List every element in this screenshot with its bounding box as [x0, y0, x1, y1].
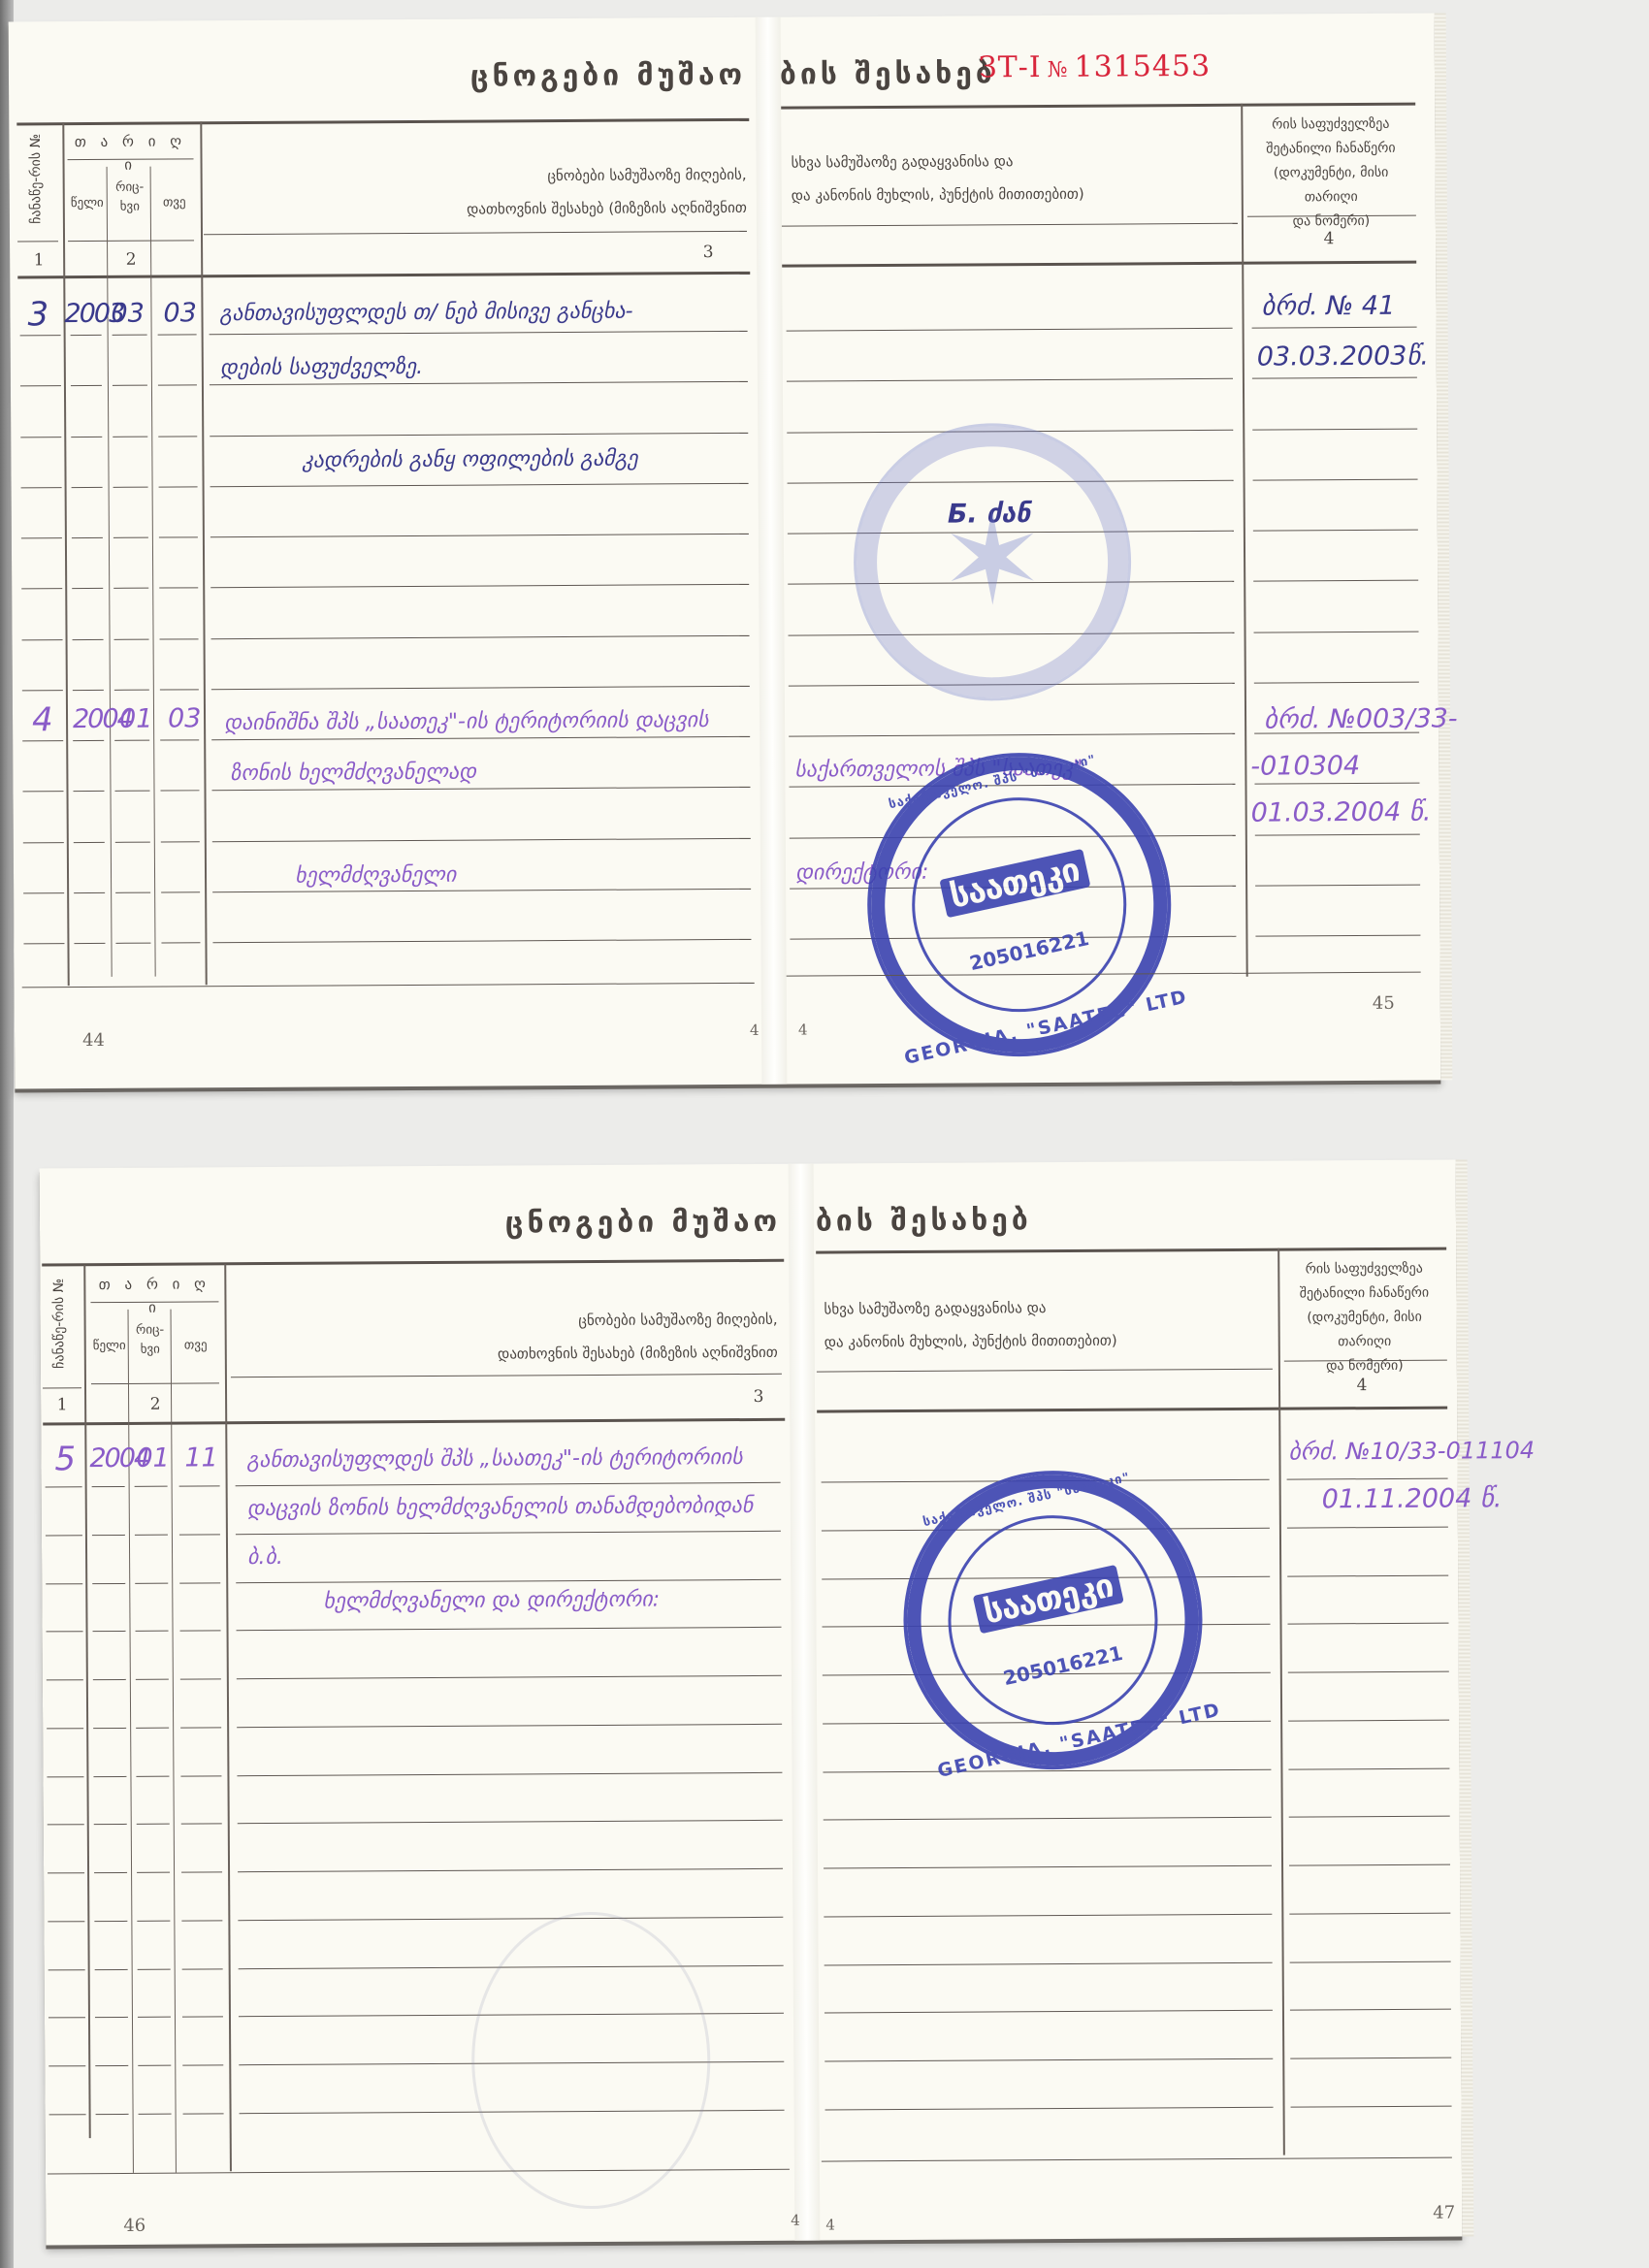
- record-5-month: 11: [184, 1442, 218, 1473]
- record-4-doc-line1: ბრძ. №003/33-: [1264, 703, 1458, 734]
- column-divider: [224, 1264, 232, 2171]
- ruled-line: [1253, 478, 1418, 480]
- table-top-rule-right: [781, 103, 1415, 110]
- ruled-line: [114, 638, 149, 639]
- footer-mark-left: 4: [791, 2212, 800, 2229]
- ruled-line: [236, 1531, 781, 1535]
- month-header: თვე: [173, 1334, 219, 1357]
- column-number-2: 2: [68, 249, 194, 270]
- ruled-line: [212, 837, 751, 841]
- ruled-line: [161, 841, 200, 842]
- ruled-line: [160, 739, 199, 740]
- ruled-line: [1254, 681, 1419, 683]
- rule: [204, 231, 747, 235]
- ruled-line: [824, 2010, 1273, 2014]
- ruled-line: [135, 1534, 168, 1535]
- ruled-line: [95, 2065, 128, 2066]
- ruled-line: [113, 486, 148, 487]
- serial-prefix: ЗТ-I: [979, 50, 1042, 84]
- ruled-line: [47, 1679, 83, 1680]
- ruled-line: [161, 942, 200, 943]
- ruled-line: [46, 1486, 82, 1487]
- ruled-line: [237, 1724, 782, 1728]
- col4-header-line: (დოკუმენტი, მისი თარიღი: [1246, 161, 1416, 211]
- ruled-line: [115, 943, 150, 944]
- rule: [817, 1369, 1273, 1373]
- ruled-line: [1288, 1767, 1449, 1769]
- ruled-line: [1289, 1816, 1450, 1818]
- ruled-line: [824, 2058, 1273, 2062]
- ruled-line: [114, 791, 149, 792]
- column-number-4: 4: [1309, 229, 1348, 248]
- ruled-line: [136, 1775, 169, 1776]
- ruled-line: [73, 638, 104, 639]
- ruled-line: [1254, 783, 1419, 785]
- day-header: რიც-ხვი: [109, 178, 151, 217]
- ruled-line: [237, 1627, 782, 1631]
- ruled-line: [22, 791, 63, 792]
- ruled-line: [92, 1486, 125, 1487]
- record-3-day: 03: [111, 299, 145, 329]
- ruled-line: [1290, 1960, 1451, 1962]
- ruled-line: [113, 436, 147, 437]
- ruled-line: [95, 1968, 128, 1969]
- ruled-line: [182, 2064, 223, 2065]
- ruled-line: [160, 689, 199, 690]
- ruled-line: [1287, 1526, 1448, 1528]
- ruled-line: [47, 1776, 83, 1777]
- month-header: თვე: [153, 191, 196, 214]
- record-4-doc-line3: 01.03.2004 წ.: [1251, 797, 1432, 828]
- column-number-3: 3: [689, 243, 727, 262]
- ruled-line: [115, 891, 150, 892]
- ruled-line: [210, 483, 749, 487]
- record-3-text-line1: განთავისუფლდეს თ/ ნებ მისივე განცხა-: [219, 300, 632, 327]
- record-3-doc-line1: ბრძ. № 41: [1261, 291, 1395, 322]
- ruled-line: [113, 537, 148, 538]
- ruled-line: [237, 1771, 782, 1775]
- ruled-line: [21, 537, 62, 538]
- record-5-text-line2: დაცვის ზონის ხელმძღვანელის თანამდებობიდა…: [247, 1494, 754, 1521]
- ruled-line: [180, 1775, 221, 1776]
- col3-header-left-2: დათხოვნის შესახებ (მიზეზის აღნიშვნით: [209, 196, 747, 222]
- ruled-line: [1287, 1574, 1448, 1576]
- ruled-line: [136, 1679, 169, 1680]
- header-bottom-rule-right: [817, 1407, 1447, 1413]
- ruled-line: [825, 2106, 1274, 2110]
- col4-header-line: რის საფუძველზეა: [1245, 113, 1415, 138]
- page-title-left: ცნოგები მუშაო: [505, 1205, 781, 1241]
- ruled-line: [161, 891, 200, 892]
- ruled-line: [158, 334, 197, 335]
- ruled-line: [113, 385, 147, 386]
- ruled-line: [94, 1921, 127, 1922]
- record-4-signature-label: ხელმძღვანელი: [295, 863, 456, 889]
- ruled-line: [74, 943, 105, 944]
- footer-mark-left: 4: [750, 1021, 760, 1039]
- col3-header-left-2: დათხოვნის შესახებ (მიზეზის აღნიშვნით: [235, 1341, 778, 1367]
- ruled-line: [236, 1578, 781, 1582]
- stamp-inner-ring: [928, 1495, 1178, 1744]
- ruled-line: [138, 2065, 171, 2066]
- ruled-line: [1290, 2057, 1451, 2059]
- ruled-line: [1289, 1864, 1450, 1866]
- record-3-text-line2: დების საფუძველზე.: [220, 355, 423, 380]
- ruled-line: [74, 892, 105, 893]
- ruled-line: [236, 1482, 781, 1486]
- ruled-line: [72, 487, 103, 488]
- ruled-line: [160, 791, 199, 792]
- day-header: რიც-ხვი: [130, 1321, 171, 1360]
- record-4-number: 4: [32, 700, 53, 739]
- ruled-line: [94, 1824, 127, 1825]
- ruled-line: [92, 1535, 125, 1536]
- ruled-line: [824, 1817, 1272, 1821]
- ruled-line: [113, 335, 147, 336]
- table-bottom-rule-left: [22, 983, 755, 988]
- ruled-lines: [9, 14, 1435, 22]
- ruled-line: [48, 1921, 84, 1922]
- ruled-line: [137, 1824, 170, 1825]
- page-number-right: 45: [1373, 993, 1395, 1014]
- ruled-line: [96, 2114, 129, 2115]
- table-top-rule-left: [42, 1259, 784, 1267]
- ruled-line: [71, 436, 102, 437]
- ruled-line: [114, 689, 149, 690]
- star-emblem-icon: ✶: [939, 496, 1046, 623]
- ruled-line: [22, 740, 63, 741]
- book-gutter: [789, 1164, 821, 2241]
- ruled-line: [237, 1675, 782, 1679]
- book-gutter: [756, 17, 788, 1085]
- page-title-left: ცნოგები მუშაო: [470, 58, 746, 94]
- page-number-right: 47: [1433, 2203, 1455, 2223]
- ruled-line: [1253, 580, 1418, 582]
- ruled-line: [93, 1728, 126, 1729]
- ruled-line: [179, 1485, 220, 1486]
- spread-pages-44-45: ცნოგები მუშაო ბის შესახებ ЗТ-I№1315453 ჩ…: [9, 14, 1441, 1089]
- ruled-line: [136, 1727, 169, 1728]
- ruled-line: [210, 331, 748, 335]
- record-5-text-line3: ბ.ბ.: [247, 1545, 283, 1570]
- column-divider: [83, 1265, 90, 2138]
- ruled-line: [1289, 1912, 1450, 1914]
- ruled-line: [210, 534, 749, 537]
- page-title-right: ბის შესახებ: [780, 56, 996, 91]
- col3-header-right-1: სხვა სამუშაოზე გადაყვანისა და: [791, 148, 1237, 175]
- ruled-line: [180, 1727, 221, 1728]
- ruled-line: [1290, 2009, 1451, 2011]
- record-5-doc-line1: ბრძ. №10/33-011104: [1288, 1437, 1535, 1466]
- ruled-line: [1252, 428, 1417, 430]
- page-stack-edge: [1435, 13, 1453, 1080]
- ruled-line: [72, 537, 103, 538]
- ruled-line: [158, 436, 197, 437]
- date-header: თ ა რ ი ღ ი: [90, 1272, 218, 1319]
- ruled-line: [48, 1969, 85, 1970]
- column-number-1: 1: [43, 1395, 81, 1414]
- ruled-line: [787, 328, 1233, 332]
- page-number-left: 44: [82, 1030, 105, 1051]
- col4-header-line: რის საფუძველზეა: [1281, 1257, 1446, 1282]
- ruled-line: [23, 943, 64, 944]
- ruled-line: [159, 536, 198, 537]
- company-stamp: საქართველო. შპს "საათეკი" საათეკი 205016…: [875, 1442, 1231, 1798]
- ruled-line: [48, 2065, 85, 2066]
- ruled-line: [787, 378, 1233, 382]
- ruled-line: [1254, 631, 1419, 632]
- ruled-line: [179, 1582, 220, 1583]
- ruled-line: [48, 2017, 85, 2018]
- ruled-line: [73, 791, 104, 792]
- record-3-text-line3: კადრების განყ ოფილების გამგე: [302, 447, 637, 473]
- record-3-number: 3: [27, 295, 48, 334]
- ruled-line: [92, 1582, 125, 1583]
- ruled-line: [824, 1961, 1273, 1965]
- ruled-line: [138, 1968, 171, 1969]
- column-divider: [107, 167, 113, 977]
- record-4-text-line1: დაინიშნა შპს „საათეკ"-ის ტერიტორიის დაცვ…: [224, 708, 709, 735]
- column-divider: [171, 1310, 177, 2173]
- ruled-line: [1255, 884, 1420, 886]
- record-3-doc-line2: 03.03.2003წ.: [1257, 341, 1429, 373]
- ruled-line: [136, 1631, 169, 1632]
- serial-digits: 1315453: [1074, 49, 1211, 84]
- ruled-line: [21, 487, 62, 488]
- ruled-line: [183, 2113, 224, 2114]
- ruled-line: [46, 1535, 82, 1536]
- ruled-line: [1287, 1478, 1448, 1480]
- page-stack-edge: [1456, 1159, 1474, 2236]
- ruled-line: [210, 432, 748, 436]
- ruled-line: [20, 437, 61, 437]
- faint-star-stamp: ✶: [853, 422, 1132, 701]
- spread-pages-46-47: ცნოგები მუშაო ბის შესახებ ჩანაწე-რის № თ…: [40, 1160, 1463, 2246]
- show-through-stamp: [470, 1911, 711, 2209]
- header-bottom-rule-left: [17, 272, 750, 279]
- ruled-line: [181, 1824, 222, 1825]
- column-divider: [150, 167, 156, 977]
- ruled-line: [71, 385, 102, 386]
- column-divider: [1241, 104, 1247, 977]
- ruled-line: [1255, 833, 1420, 835]
- ruled-line: [180, 1678, 221, 1679]
- ruled-line: [72, 588, 103, 589]
- ruled-line: [179, 1534, 220, 1535]
- ruled-line: [20, 385, 61, 386]
- rule: [68, 240, 194, 242]
- serial-number: ЗТ-I№1315453: [979, 49, 1211, 84]
- ruled-line: [1291, 2105, 1452, 2107]
- ruled-line: [211, 634, 750, 638]
- ruled-line: [20, 335, 61, 336]
- ruled-line: [212, 889, 751, 892]
- column-divider: [128, 1310, 134, 2173]
- ruled-line: [238, 1917, 783, 1921]
- ruled-line: [158, 385, 197, 386]
- ruled-line: [1252, 377, 1417, 379]
- col1-header: ჩანაწე-რის №: [28, 146, 45, 224]
- ruled-line: [47, 1728, 83, 1729]
- table-bottom-rule-left: [48, 2169, 790, 2175]
- ruled-line: [23, 842, 64, 843]
- header-bottom-rule-right: [782, 261, 1416, 268]
- ruled-line: [23, 892, 64, 893]
- record-5-number: 5: [54, 1440, 76, 1478]
- col3-header-right-1: სხვა სამუშაოზე გადაყვანისა და: [824, 1295, 1270, 1321]
- ruled-line: [182, 1968, 223, 1969]
- ruled-line: [160, 638, 199, 639]
- record-5-text-line4: ხელმძღვანელი და დირექტორი:: [323, 1588, 660, 1614]
- ruled-line: [211, 686, 750, 690]
- col3-header-right-2: და კანონის მუხლის, პუნქტის მითითებით): [824, 1328, 1271, 1354]
- col4-header-line: შეტანილი ჩანაწერი: [1281, 1281, 1446, 1307]
- col3-header-right-2: და კანონის მუხლის, პუნქტის მითითებით): [792, 181, 1238, 208]
- ruled-line: [113, 588, 148, 589]
- ruled-line: [48, 1824, 84, 1825]
- ruled-line: [94, 1872, 127, 1873]
- ruled-line: [824, 1913, 1272, 1917]
- page-title-right: ბის შესახებ: [816, 1203, 1032, 1238]
- ruled-line: [212, 939, 751, 943]
- ruled-line: [137, 1872, 170, 1873]
- ruled-line: [1252, 327, 1417, 329]
- rule: [17, 241, 58, 242]
- ruled-line: [238, 1820, 783, 1824]
- ruled-line: [1288, 1719, 1449, 1721]
- header-bottom-rule-left: [43, 1418, 785, 1426]
- ruled-line: [95, 2017, 128, 2018]
- ruled-line: [22, 639, 63, 640]
- column-number-4: 4: [1342, 1376, 1381, 1395]
- ruled-line: [138, 2017, 171, 2018]
- stamp-inner-ring: [891, 777, 1147, 1032]
- col4-header: რის საფუძველზეა შეტანილი ჩანაწერი (დოკუმ…: [1245, 113, 1416, 235]
- ruled-line: [48, 1872, 84, 1873]
- column-divider: [200, 121, 207, 985]
- ruled-line: [824, 1865, 1272, 1869]
- ruled-line: [114, 740, 149, 741]
- column-divider: [1277, 1248, 1285, 2155]
- footer-mark-right: 4: [798, 1021, 808, 1038]
- ruled-line: [73, 740, 104, 741]
- col1-header: ჩანაწე-რის №: [51, 1291, 68, 1369]
- ruled-line: [210, 584, 749, 588]
- ruled-line: [71, 335, 102, 336]
- number-sign: №: [1048, 58, 1069, 82]
- record-5-doc-line2: 01.11.2004 წ.: [1322, 1483, 1503, 1514]
- ruled-line: [93, 1631, 126, 1632]
- ruled-line: [1253, 530, 1418, 532]
- record-4-text-line2: ზონის ხელმძღვანელად: [230, 761, 476, 787]
- ruled-line: [93, 1775, 126, 1776]
- col4-header-line: შეტანილი ჩანაწერი: [1245, 137, 1415, 162]
- ruled-line: [22, 690, 63, 691]
- record-5-day: 01: [136, 1443, 170, 1474]
- ruled-line: [74, 841, 105, 842]
- page-number-left: 46: [123, 2216, 145, 2236]
- col4-header: რის საფუძველზეა შეტანილი ჩანაწერი (დოკუმ…: [1281, 1257, 1447, 1379]
- footer-mark-right: 4: [825, 2216, 835, 2233]
- column-number-3: 3: [739, 1387, 778, 1407]
- record-4-month: 03: [168, 703, 202, 733]
- col3-header-left-1: ცნობები სამუშაოზე მიღების,: [235, 1308, 778, 1334]
- rule: [91, 1382, 219, 1384]
- column-number-2: 2: [91, 1394, 219, 1414]
- ruled-line: [49, 2114, 86, 2115]
- table-top-rule-left: [16, 118, 749, 126]
- ruled-line: [21, 588, 62, 589]
- ruled-line: [93, 1679, 126, 1680]
- ruled-line: [135, 1486, 168, 1487]
- ruled-line: [1255, 935, 1420, 937]
- ruled-line: [210, 381, 748, 385]
- ruled-line: [73, 690, 104, 691]
- ruled-line: [1288, 1671, 1449, 1673]
- ruled-line: [180, 1631, 221, 1632]
- ruled-line: [46, 1583, 82, 1584]
- table-bottom-rule-right: [822, 2157, 1452, 2162]
- ruled-line: [137, 1920, 170, 1921]
- col3-header-left-1: ცნობები სამუშაოზე მიღების,: [209, 163, 747, 189]
- ruled-line: [211, 787, 750, 791]
- ruled-line: [47, 1631, 83, 1632]
- record-5-text-line1: განთავისუფლდეს შპს „საათეკ"-ის ტერიტორიი…: [246, 1445, 742, 1473]
- ruled-line: [159, 588, 198, 589]
- record-4-day: 01: [119, 704, 153, 734]
- column-number-1: 1: [19, 250, 58, 270]
- ruled-line: [181, 1871, 222, 1872]
- table-top-rule-right: [816, 1247, 1446, 1254]
- ruled-line: [238, 1868, 783, 1872]
- ruled-line: [181, 1920, 222, 1921]
- col4-header-line: (დოკუმენტი, მისი თარიღი: [1282, 1306, 1447, 1355]
- ruled-line: [115, 841, 150, 842]
- ruled-line: [135, 1582, 168, 1583]
- ruled-line: [139, 2113, 172, 2114]
- rule: [782, 223, 1238, 227]
- rule: [43, 1387, 81, 1388]
- ruled-line: [1288, 1623, 1449, 1625]
- ruled-line: [211, 736, 750, 740]
- record-4-doc-line2: -010304: [1250, 751, 1360, 782]
- year-header: წელი: [68, 192, 107, 215]
- year-header: წელი: [91, 1335, 128, 1358]
- ruled-lines: [40, 1160, 1456, 1169]
- ruled-line: [159, 486, 198, 487]
- record-3-month: 03: [163, 298, 197, 328]
- date-header: თ ა რ ი ღ ი: [67, 129, 193, 177]
- ruled-line: [789, 733, 1235, 737]
- ruled-line: [182, 2017, 223, 2018]
- rule: [231, 1374, 782, 1377]
